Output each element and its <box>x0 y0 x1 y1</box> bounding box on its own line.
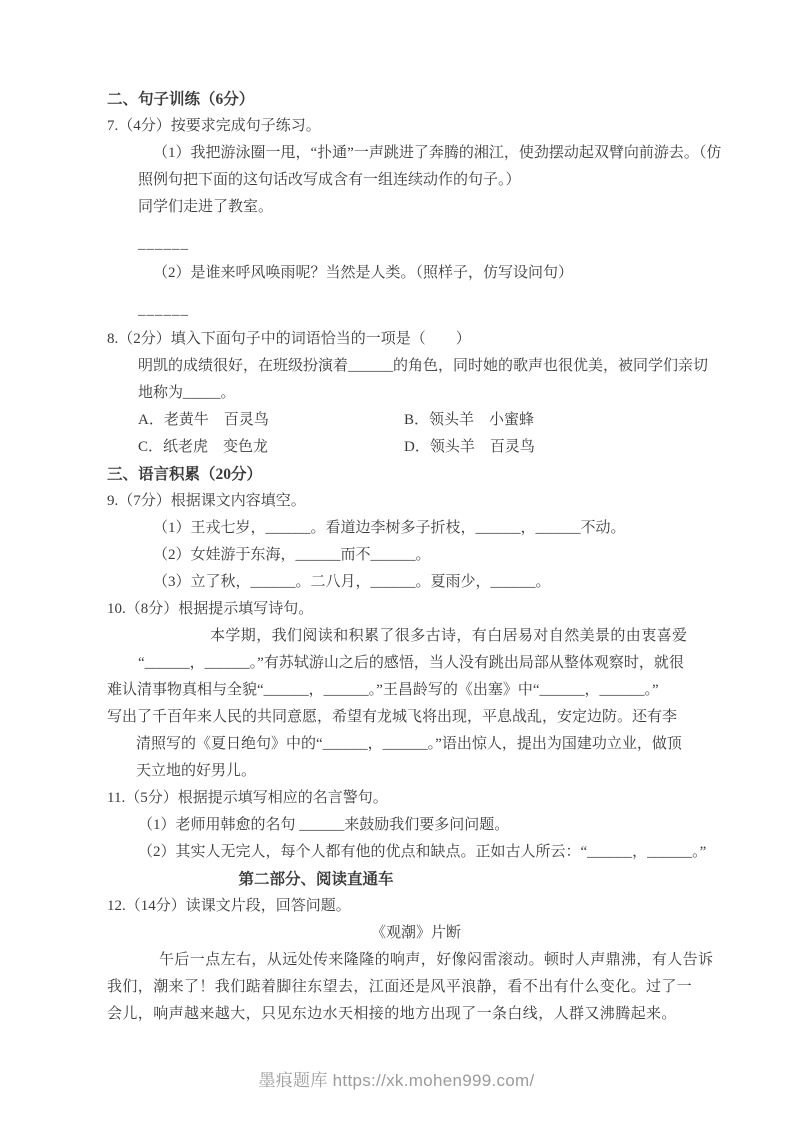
q9-stem: 9.（7分）根据课文内容填空。 <box>107 488 685 515</box>
q7-item2: （2）是谁来呼风唤雨呢？当然是人类。（照样子，仿写设问句） <box>107 260 685 287</box>
q10-line-1: 本学期，我们阅读和积累了很多古诗，有白居易对自然美景的由衷喜爱 <box>107 623 685 650</box>
q11-stem: 11.（5分）根据提示填写相应的名言警句。 <box>107 785 685 812</box>
q7-item1-line3: 同学们走进了教室。 <box>107 194 685 221</box>
q8-option-c: C．纸老虎 变色龙 <box>138 434 404 461</box>
section2-heading: 二、句子训练（6分） <box>107 86 685 113</box>
q7-item1-line1: （1）我把游泳圈一甩，“扑通”一声跳进了奔腾的湘江，使劲摆动起双臂向前游去。（仿 <box>107 140 685 167</box>
q11-item-2: （2）其实人无完人，每个人都有他的优点和缺点。正如古人所云：“______，__… <box>107 839 685 866</box>
q8-stem: 8.（2分）填入下面句子中的词语恰当的一项是（ ） <box>107 326 685 353</box>
q8-sentence-line1: 明凯的成绩很好，在班级扮演着______的角色，同时她的歌声也很优美，被同学们亲… <box>107 353 685 380</box>
q7-item1-line2: 照例句把下面的这句话改写成含有一组连续动作的句子。） <box>107 167 685 194</box>
q10-line-6: 天立地的好男儿。 <box>107 758 685 785</box>
q9-item-3: （3）立了秋，______。二八月，______。夏雨少，______。 <box>107 569 685 596</box>
q8-option-b: B．领头羊 小蜜蜂 <box>404 407 534 434</box>
q12-stem: 12.（14分）读课文片段，回答问题。 <box>107 893 685 920</box>
watermark-footer: 墨痕题库 https://xk.mohen999.com/ <box>0 1066 793 1091</box>
q9-item-2: （2）女娃游于东海，______而不______。 <box>107 542 685 569</box>
q8-options-row-1: A．老黄牛 百灵鸟 B．领头羊 小蜜蜂 <box>107 407 685 434</box>
exam-page-body: 二、句子训练（6分） 7.（4分）按要求完成句子练习。 （1）我把游泳圈一甩，“… <box>107 86 685 1028</box>
q12-passage-line-1: 午后一点左右，从远处传来隆隆的响声，好像闷雷滚动。顿时人声鼎沸，有人告诉 <box>107 947 685 974</box>
q8-sentence-line2: 地称为_____。 <box>107 380 685 407</box>
q10-stem: 10.（8分）根据提示填写诗句。 <box>107 596 685 623</box>
q12-passage-line-2: 我们，潮来了！我们踮着脚往东望去，江面还是风平浪静，看不出有什么变化。过了一 <box>107 974 685 1001</box>
q7-answer-blank-2: ______ <box>107 297 685 324</box>
q8-option-a: A．老黄牛 百灵鸟 <box>138 407 404 434</box>
q8-options-row-2: C．纸老虎 变色龙 D．领头羊 百灵鸟 <box>107 434 685 461</box>
q10-line-2: “______，______。”有苏轼游山之后的感悟，当人没有跳出局部从整体观察… <box>107 650 685 677</box>
section3-heading: 三、语言积累（20分） <box>107 461 685 488</box>
q11-item-1: （1）老师用韩愈的名句 ______来鼓励我们要多问问题。 <box>107 812 685 839</box>
q12-passage-title: 《观潮》片断 <box>107 920 685 947</box>
q7-stem: 7.（4分）按要求完成句子练习。 <box>107 113 685 140</box>
q10-line-3: 难认清事物真相与全貌“______，______。”王昌龄写的《出塞》中“___… <box>107 677 685 704</box>
q10-line-5: 清照写的《夏日绝句》中的“______，______。”语出惊人，提出为国建功立… <box>107 731 685 758</box>
q10-line-4: 写出了千百年来人民的共同意愿，希望有龙城飞将出现，平息战乱，安定边防。还有李 <box>107 704 685 731</box>
part2-heading: 第二部分、阅读直通车 <box>107 866 685 893</box>
q7-answer-blank-1: ______ <box>107 231 685 258</box>
q8-option-d: D．领头羊 百灵鸟 <box>404 434 535 461</box>
q12-passage-line-3: 会儿，响声越来越大，只见东边水天相接的地方出现了一条白线，人群又沸腾起来。 <box>107 1001 685 1028</box>
q9-item-1: （1）王戎七岁，______。看道边李树多子折枝，______，______不动… <box>107 515 685 542</box>
